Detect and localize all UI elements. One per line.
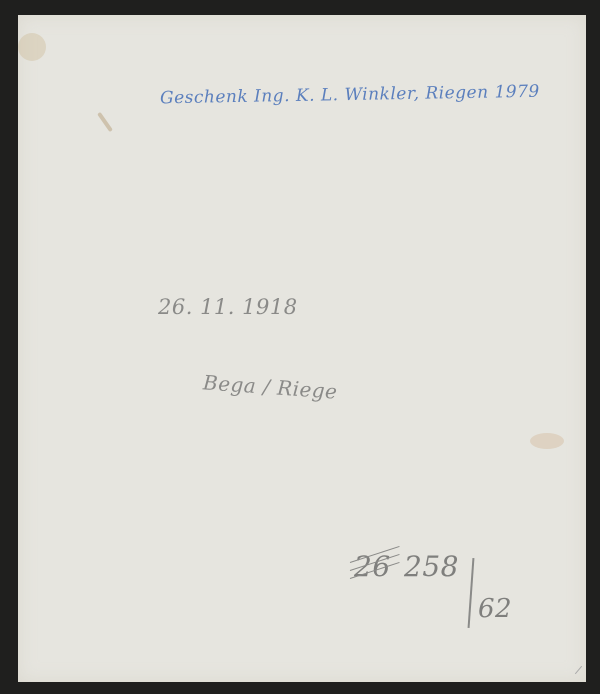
provenance-note: Geschenk Ing. K. L. Winkler, Riegen 1979	[160, 82, 540, 109]
document-paper: Geschenk Ing. K. L. Winkler, Riegen 1979…	[18, 15, 586, 682]
place-note: Bega / Riege	[202, 370, 338, 403]
inventory-sub-number: 62	[478, 594, 512, 624]
divider-slash	[468, 558, 474, 628]
stain-mark	[97, 112, 113, 132]
stain	[18, 33, 46, 61]
stain	[530, 433, 564, 449]
inventory-number: 258	[404, 550, 459, 583]
corner-mark	[575, 666, 582, 674]
date-note: 26. 11. 1918	[158, 295, 298, 319]
